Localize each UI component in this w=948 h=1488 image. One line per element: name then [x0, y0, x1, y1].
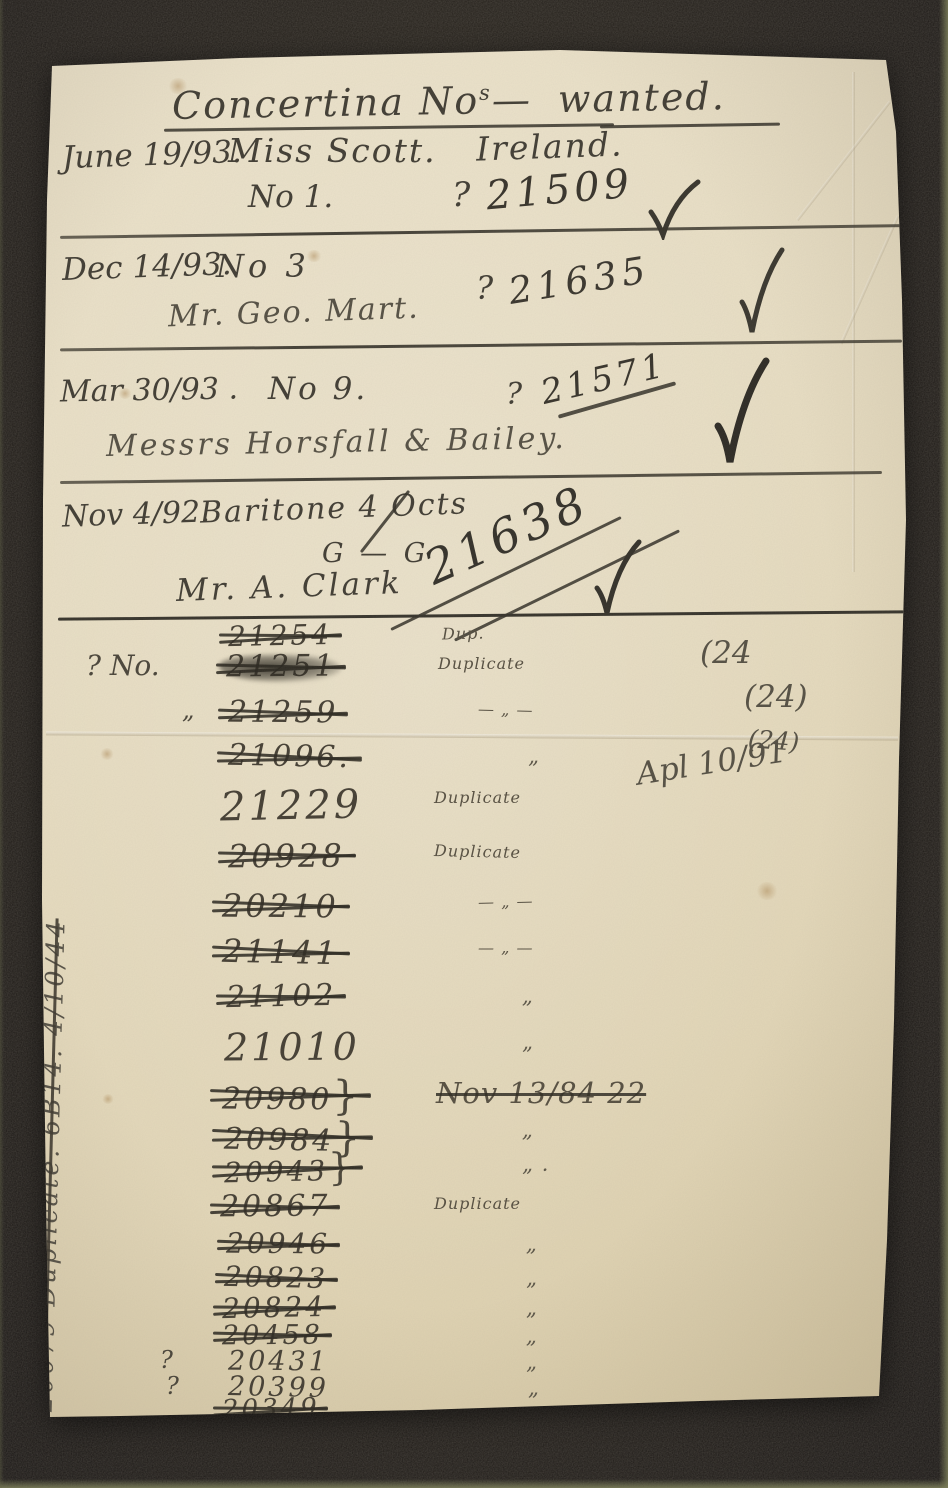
title-right: wanted.: [558, 74, 727, 121]
photo-edge-highlight-left: [0, 0, 4, 1488]
paper-vignette: [0, 0, 948, 1488]
manuscript-paper: Concertina Nos— wanted. June 19/93. Miss…: [0, 0, 948, 1488]
entry1-customer: Miss Scott.: [228, 134, 437, 167]
entry1-serial-number: 21509: [485, 164, 635, 217]
fox-spot: [756, 882, 778, 900]
title-superscript: s: [479, 81, 492, 105]
check-icon: [712, 356, 772, 468]
entry4-date: Nov 4/92.: [62, 497, 211, 532]
fox-spot: [100, 748, 114, 760]
check-icon: [738, 246, 786, 338]
entry3-query-mark: ?: [506, 380, 522, 410]
entry4-range: G — G: [322, 540, 429, 567]
entry3-customer: Messrs Horsfall & Bailey.: [106, 424, 567, 462]
entry1-instrument-no: No 1.: [248, 182, 333, 213]
entry2-customer: Mr. Geo. Mart.: [168, 294, 421, 333]
entry2-instrument-no: No 3: [216, 250, 310, 282]
paper-surface: Concertina Nos— wanted. June 19/93. Miss…: [0, 0, 948, 1488]
check-icon: [592, 538, 644, 618]
title-dash: —: [491, 78, 530, 123]
entry2-query-mark: ?: [476, 272, 493, 304]
fox-spot: [102, 1094, 114, 1104]
entry1-query-mark: ?: [452, 178, 470, 212]
page-title: Concertina Nos— wanted.: [172, 77, 726, 125]
entry2-date: Dec 14/93.: [62, 249, 233, 286]
entry4-customer: Mr. A. Clark: [176, 568, 404, 607]
photographed-manuscript-page: Concertina Nos— wanted. June 19/93. Miss…: [0, 0, 948, 1488]
title-main: Concertina No: [172, 78, 480, 127]
entry1-date: June 19/93.: [62, 137, 243, 174]
check-icon: [646, 178, 702, 240]
entry3-instrument-no: No 9.: [268, 374, 368, 405]
entry1-place: Ireland.: [475, 127, 623, 165]
photo-edge-highlight-bottom: [0, 1479, 948, 1488]
entry3-date: Mar 30/93 .: [60, 374, 239, 407]
photo-edge-highlight-right: [939, 0, 948, 1488]
side-note: (24: [700, 638, 752, 669]
side-note: (24): [744, 682, 808, 713]
